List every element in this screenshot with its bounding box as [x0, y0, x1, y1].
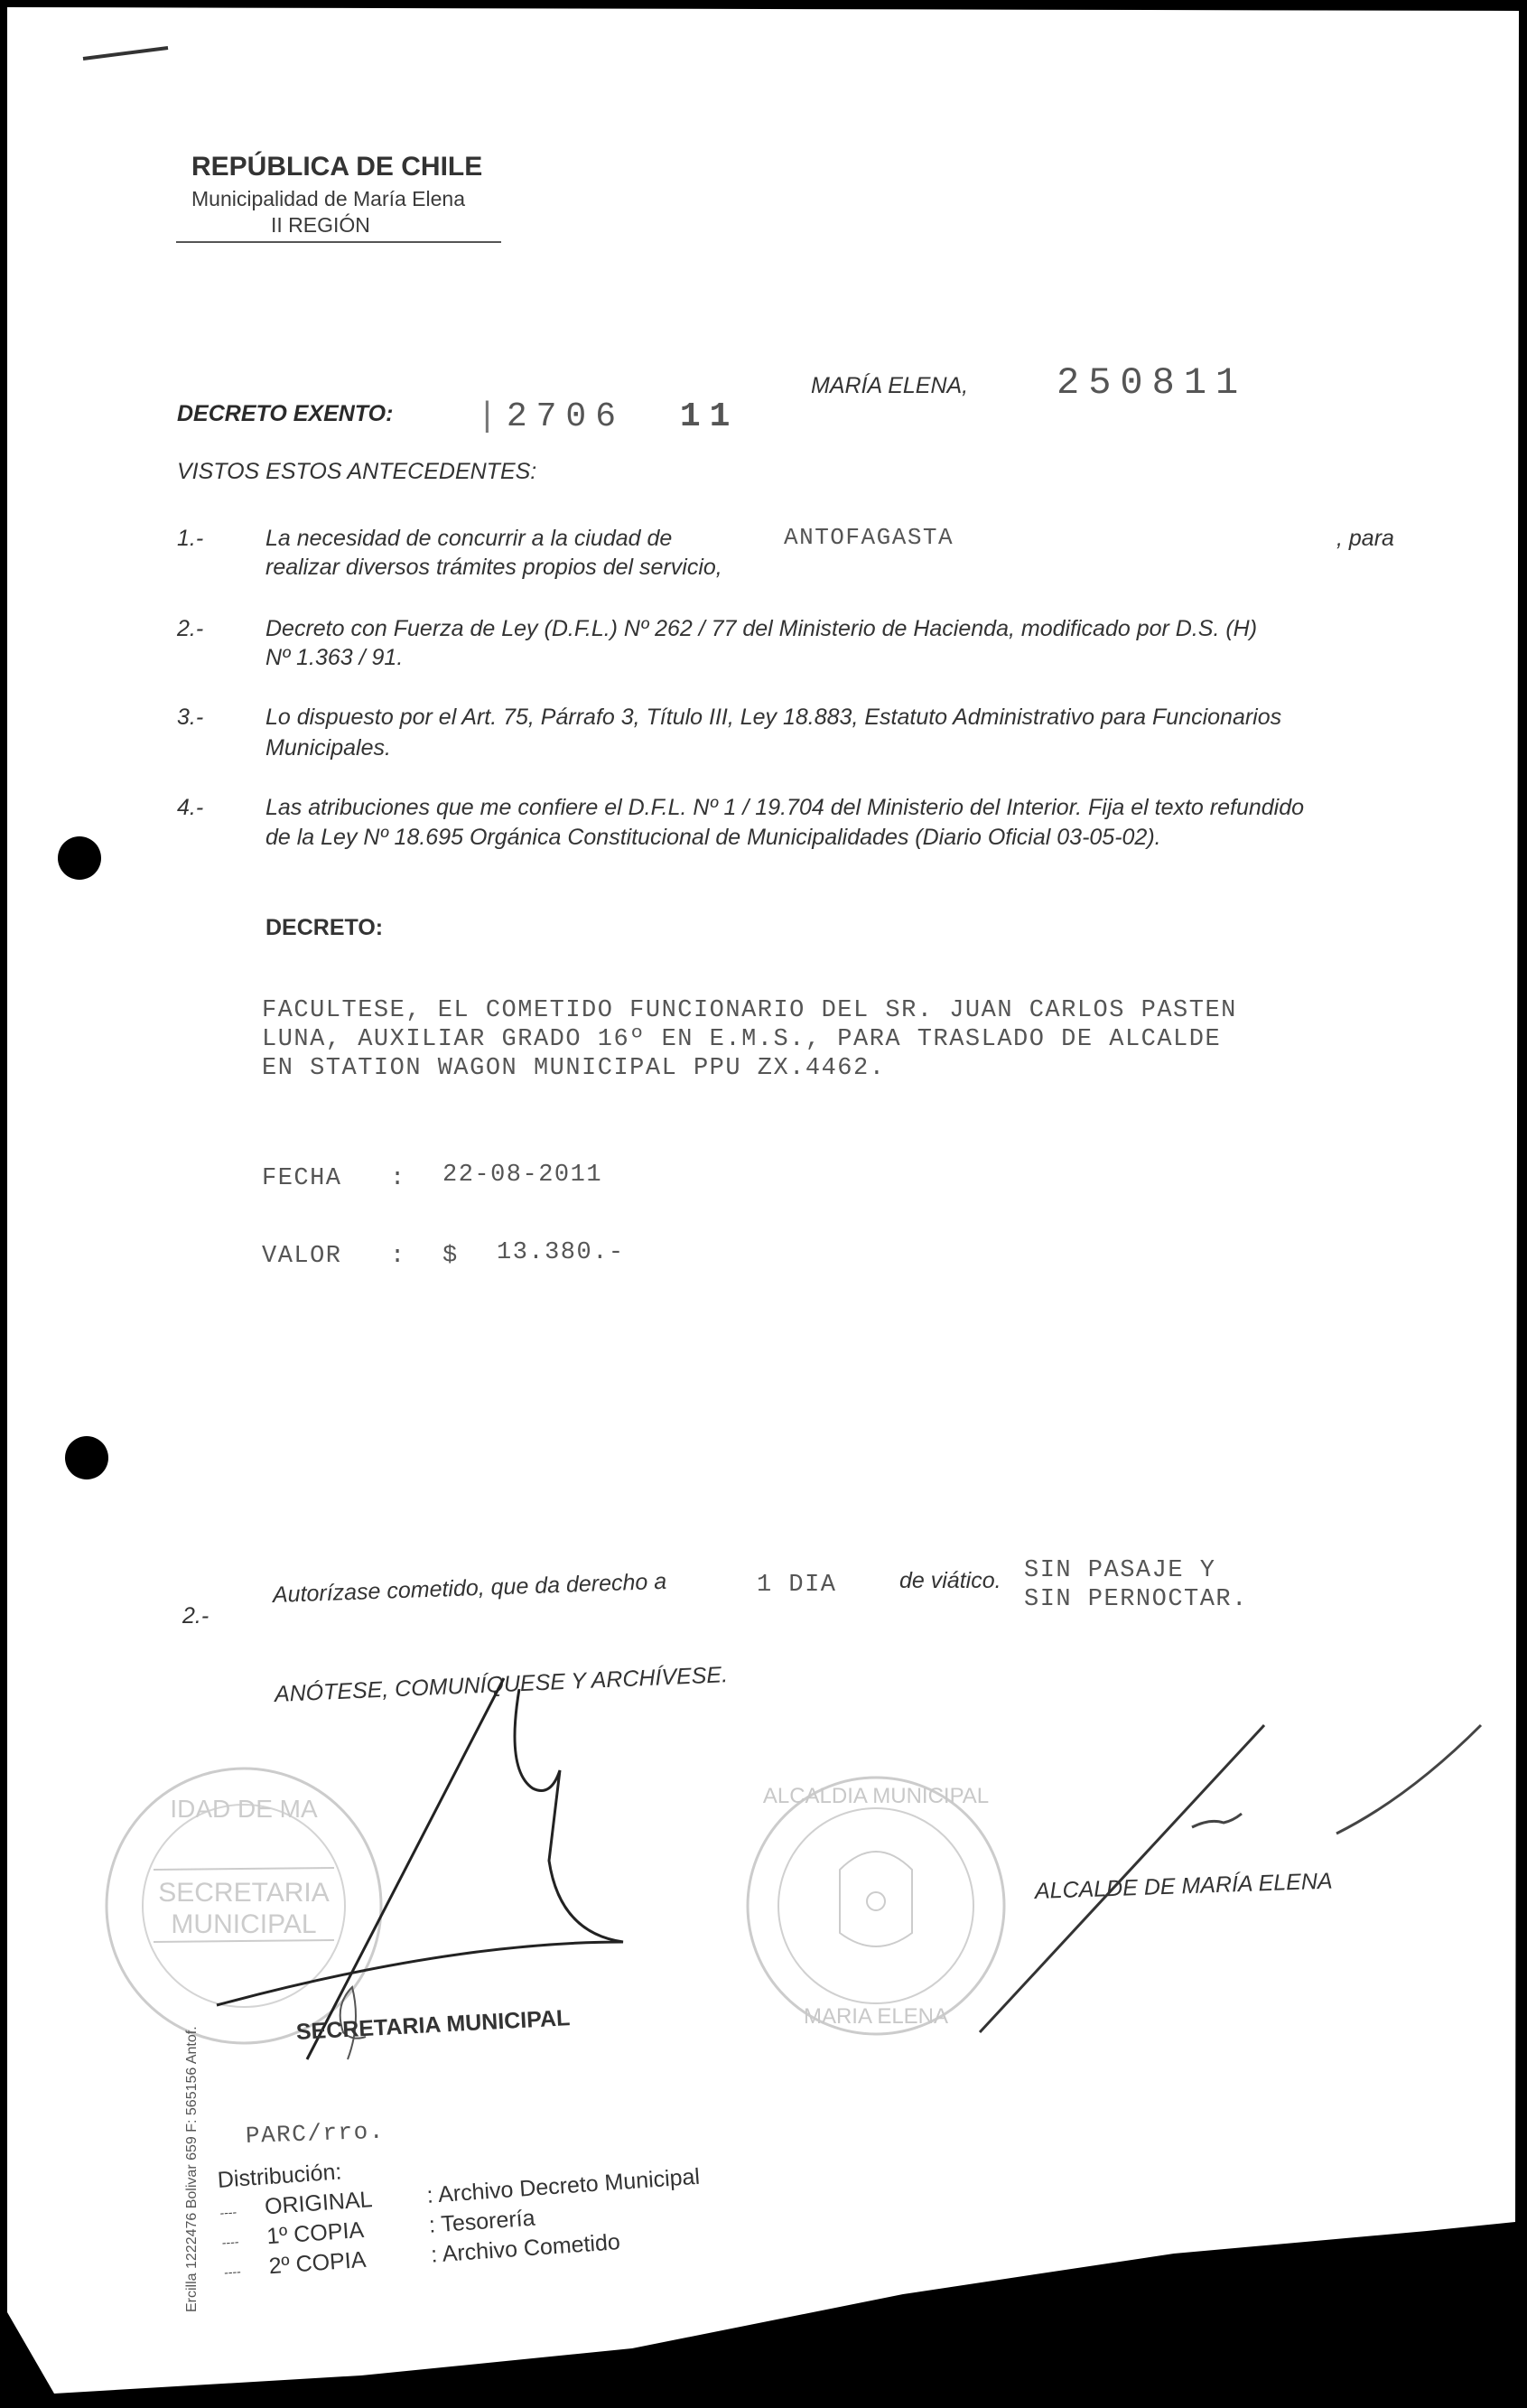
item-text: Decreto con Fuerza de Ley (D.F.L.) Nº 26…	[265, 616, 1257, 642]
destination-city: ANTOFAGASTA	[784, 524, 954, 551]
decreto-heading: DECRETO:	[265, 915, 383, 941]
decree-number: 2706	[507, 397, 625, 436]
fecha-sep: :	[390, 1165, 406, 1192]
decree-year: 11	[680, 397, 740, 436]
item-text-end: , para	[1336, 526, 1394, 552]
item-text: de la Ley Nº 18.695 Orgánica Constitucio…	[265, 825, 1161, 851]
punch-hole-bottom	[65, 1436, 108, 1479]
item-number: 1.-	[177, 526, 203, 552]
item-number: 4.-	[177, 795, 203, 821]
header-municipality: Municipalidad de María Elena	[191, 187, 465, 211]
decree-label: DECRETO EXENTO:	[177, 401, 393, 427]
date-stamp: 250811	[1057, 361, 1247, 405]
svg-text:MUNICIPAL: MUNICIPAL	[171, 1909, 316, 1939]
fecha-label: FECHA	[262, 1165, 342, 1192]
initials: PARC/rro.	[245, 2118, 385, 2150]
item-text: Municipales.	[265, 735, 391, 761]
item-text: Nº 1.363 / 91.	[265, 645, 403, 671]
fecha-value: 22-08-2011	[442, 1162, 602, 1189]
valor-currency: $	[442, 1243, 459, 1270]
header-country: REPÚBLICA DE CHILE	[191, 152, 482, 182]
viatico-days: 1 DIA	[757, 1572, 837, 1599]
authorization-number: 2.-	[182, 1603, 209, 1629]
item-text: Lo dispuesto por el Art. 75, Párrafo 3, …	[265, 705, 1281, 731]
viatico-note-2: SIN PERNOCTAR.	[1024, 1586, 1248, 1613]
alcaldia-stamp-icon: ALCALDIA MUNICIPAL MARIA ELENA	[740, 1770, 1011, 2041]
svg-text:ALCALDIA MUNICIPAL: ALCALDIA MUNICIPAL	[763, 1784, 989, 1808]
secretaria-stamp-icon: SECRETARIA MUNICIPAL IDAD DE MA	[99, 1761, 388, 2050]
valor-value: 13.380.-	[497, 1239, 625, 1266]
vistos-heading: VISTOS ESTOS ANTECEDENTES:	[177, 459, 536, 485]
item-number: 3.-	[177, 705, 203, 731]
decree-number-stamp: |2706 11	[477, 397, 739, 436]
svg-text:IDAD DE MA: IDAD DE MA	[170, 1795, 318, 1823]
decreto-line-2: LUNA, AUXILIAR GRADO 16º EN E.M.S., PARA…	[262, 1026, 1221, 1053]
punch-hole-top	[58, 836, 101, 880]
header-region: II REGIÓN	[271, 213, 370, 238]
printer-footer: Ercilla 1222476 Bolivar 659 F: 565156 An…	[184, 2026, 200, 2312]
item-text: Las atribuciones que me confiere el D.F.…	[265, 795, 1304, 821]
item-text: La necesidad de concurrir a la ciudad de	[265, 526, 672, 552]
valor-label: VALOR	[262, 1243, 342, 1270]
item-text: realizar diversos trámites propios del s…	[265, 555, 722, 581]
place-label: MARÍA ELENA,	[811, 373, 968, 399]
svg-text:SECRETARIA: SECRETARIA	[158, 1878, 329, 1908]
valor-sep: :	[390, 1243, 406, 1270]
viatico-note-1: SIN PASAJE Y	[1024, 1557, 1215, 1584]
svg-text:MARIA ELENA: MARIA ELENA	[804, 2004, 948, 2029]
item-number: 2.-	[177, 616, 203, 642]
decreto-line-1: FACULTESE, EL COMETIDO FUNCIONARIO DEL S…	[262, 997, 1237, 1024]
decreto-line-3: EN STATION WAGON MUNICIPAL PPU ZX.4462.	[262, 1055, 885, 1082]
viatico-label: de viático.	[899, 1568, 1001, 1594]
